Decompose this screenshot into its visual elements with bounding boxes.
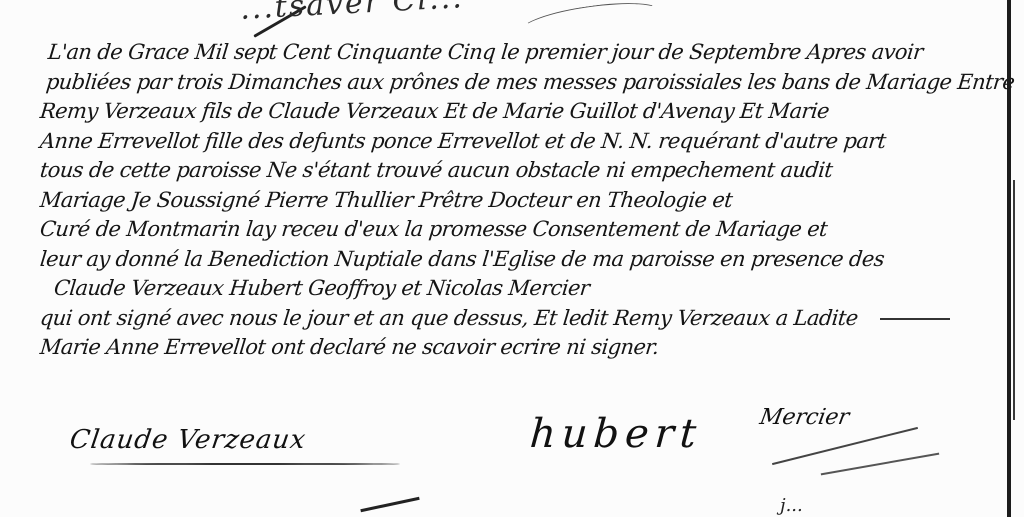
entry-line: Mariage Je Soussigné Pierre Thullier Prê… — [38, 186, 1001, 216]
entry-line: Anne Errevellot fille des defunts ponce … — [38, 127, 1001, 157]
signature-underline — [90, 463, 400, 465]
entry-line: qui ont signé avec nous le jour et an qu… — [38, 304, 1001, 334]
page-margin-rule — [1007, 0, 1011, 517]
signature-block: Claude Verzeaux hubert Mercier j... — [0, 405, 1000, 517]
register-entry-text: L'an de Grace Mil sept Cent Cinquante Ci… — [40, 38, 1000, 363]
entry-line: L'an de Grace Mil sept Cent Cinquante Ci… — [46, 38, 1001, 68]
entry-line: Remy Verzeaux fils de Claude Verzeaux Et… — [38, 97, 1001, 127]
entry-line: leur ay donné la Benediction Nuptiale da… — [38, 245, 1001, 275]
entry-line: tous de cette paroisse Ne s'étant trouvé… — [38, 156, 1001, 186]
manuscript-page: ...tsaver Cl... L'an de Grace Mil sept C… — [0, 0, 1024, 517]
ink-stroke — [360, 497, 419, 512]
signature-hubert: hubert — [528, 411, 703, 457]
signature-flourish — [821, 453, 940, 476]
entry-line: Claude Verzeaux Hubert Geoffroy et Nicol… — [52, 274, 1001, 304]
signature-mercier: Mercier — [758, 405, 851, 430]
entry-line: Curé de Montmarin lay receu d'eux la pro… — [38, 215, 1001, 245]
entry-line: publiées par trois Dimanches aux prônes … — [44, 68, 1001, 98]
page-margin-rule-inner — [1013, 180, 1015, 420]
line-filler-dash — [880, 318, 950, 320]
partial-signature: j... — [780, 495, 803, 516]
signature-claude-verzeaux: Claude Verzeaux — [68, 425, 308, 455]
header-fragment: ...tsaver Cl... — [239, 0, 464, 27]
entry-line: Marie Anne Errevellot ont declaré ne sca… — [38, 333, 1001, 363]
